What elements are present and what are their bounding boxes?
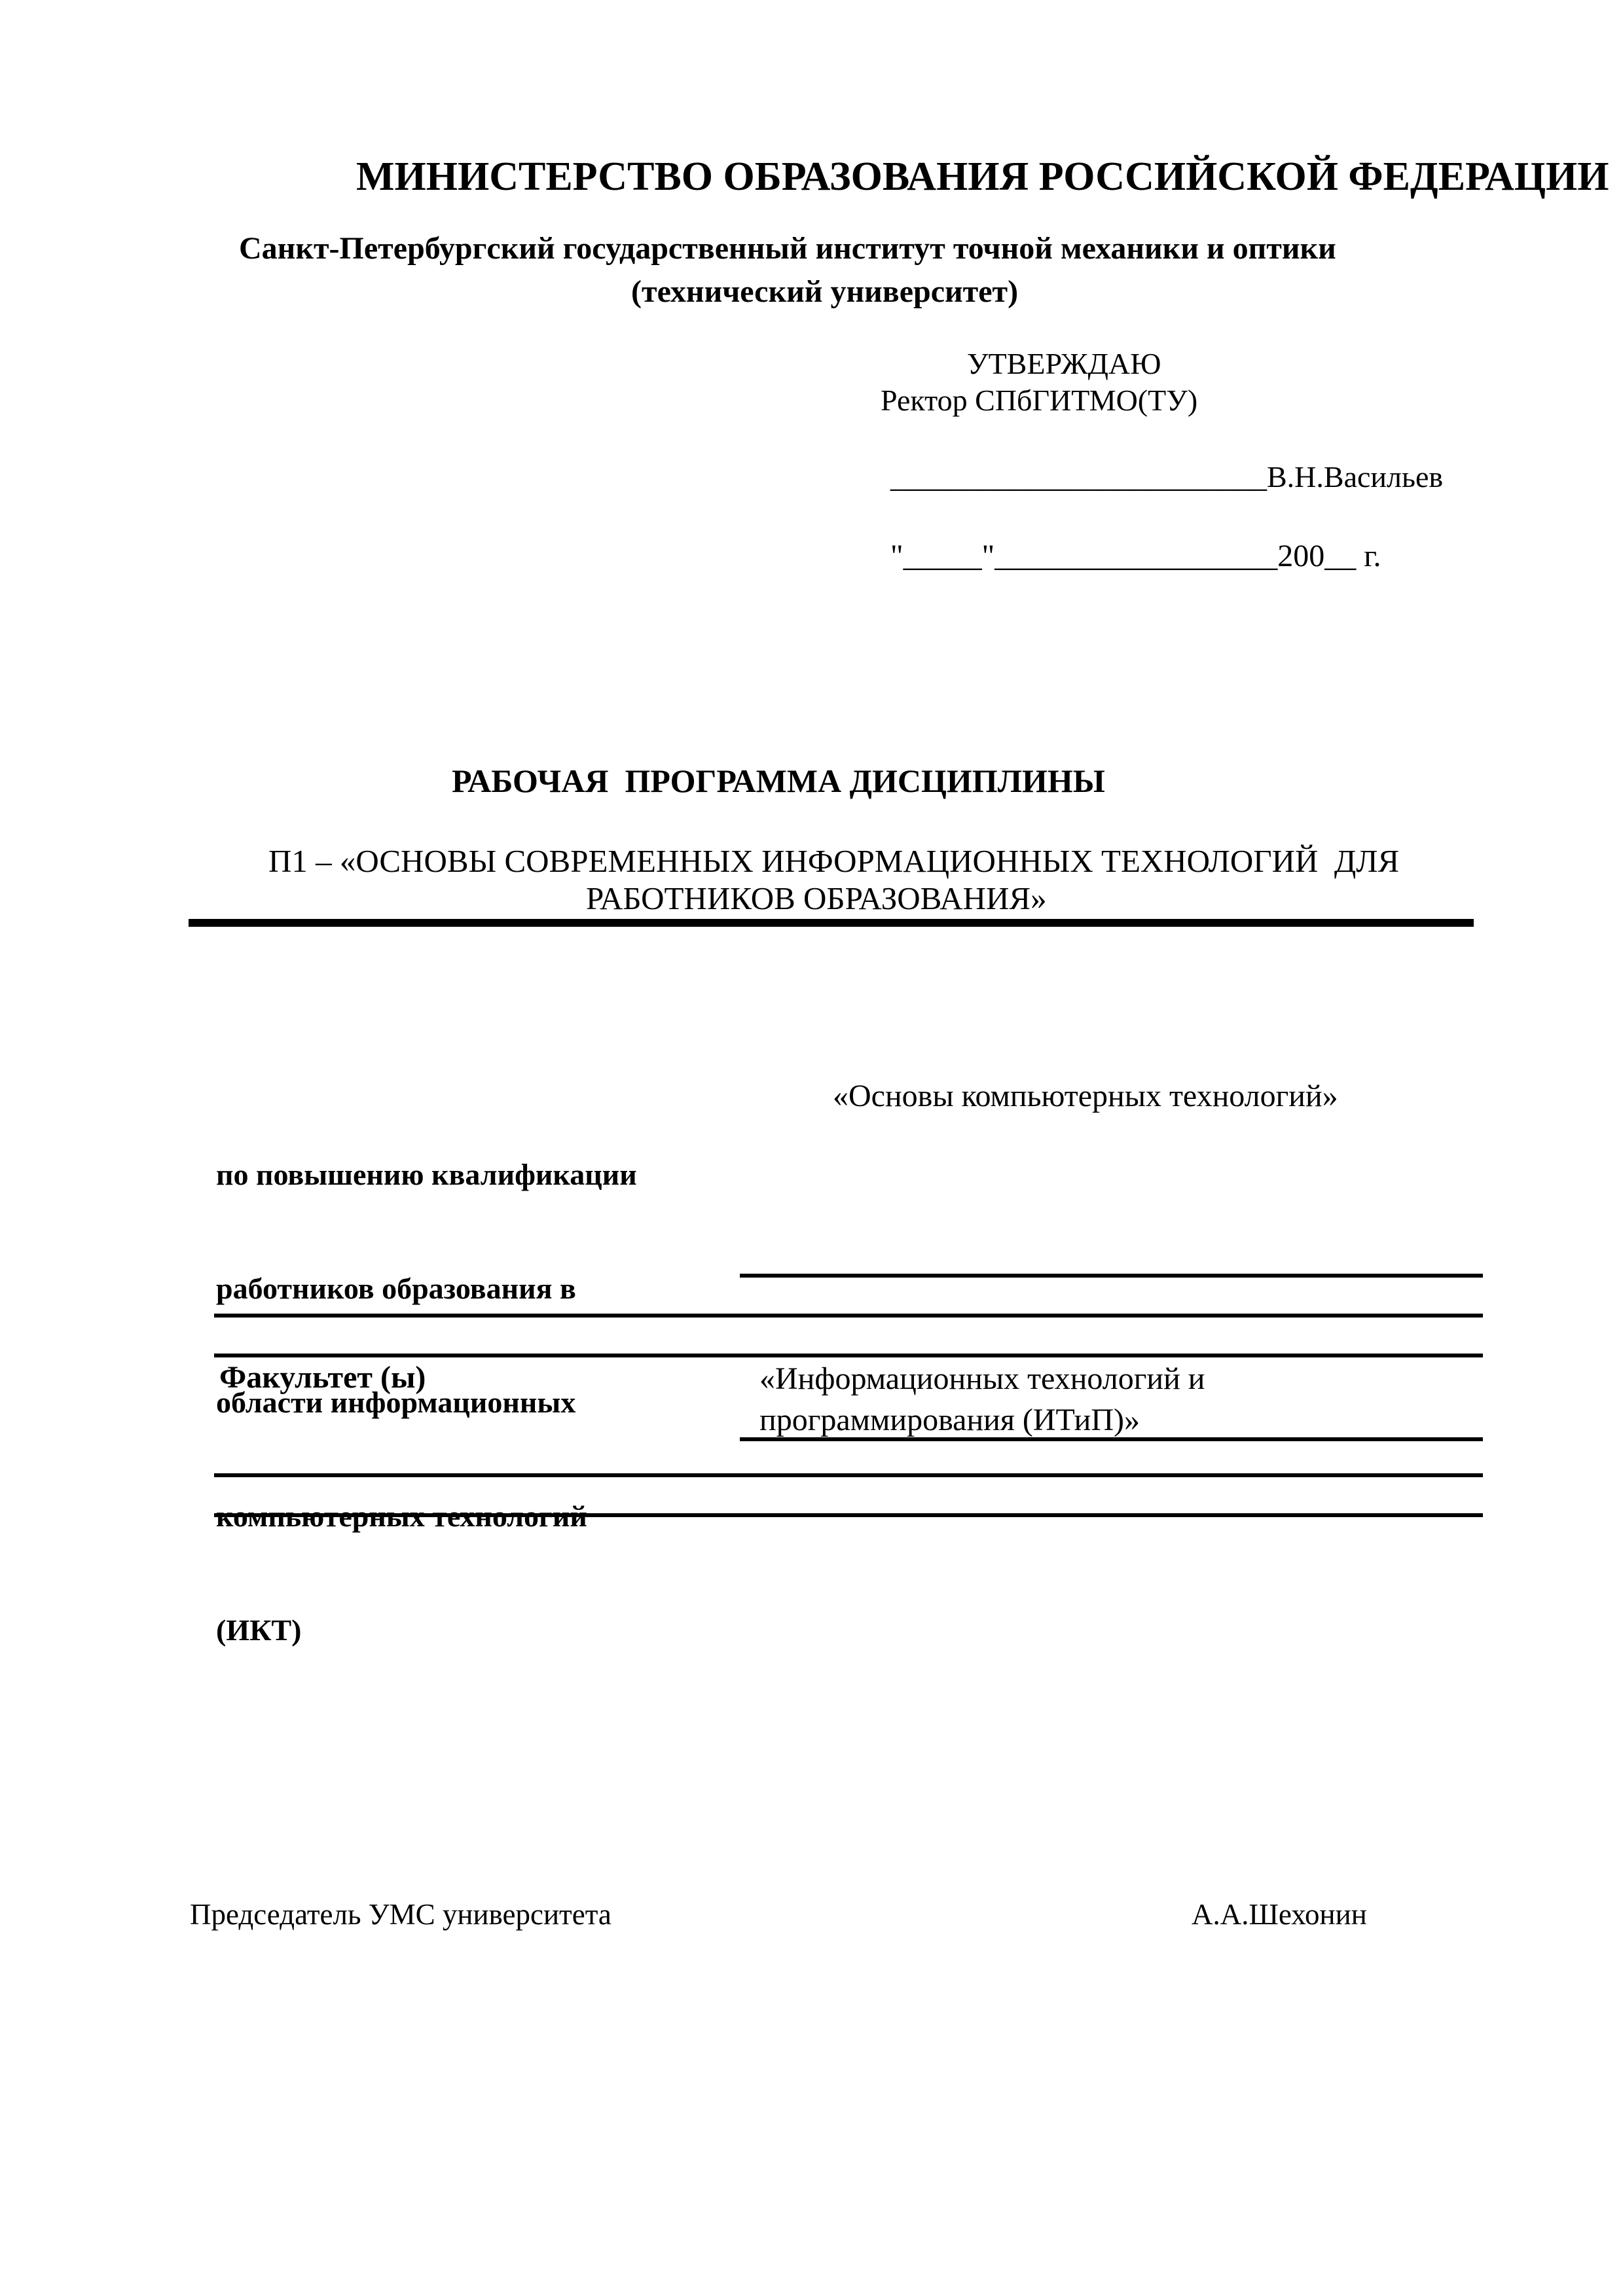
program-type-line: работников образования в bbox=[216, 1270, 637, 1308]
faculty-value-underline bbox=[740, 1437, 1483, 1441]
chairman-label: Председатель УМС университета bbox=[190, 1898, 611, 1932]
ministry-header: МИНИСТЕРСТВО ОБРАЗОВАНИЯ РОССИЙСКОЙ ФЕДЕ… bbox=[356, 154, 1609, 200]
program-type-label: по повышению квалификации работников обр… bbox=[216, 1080, 637, 1725]
discipline-title-line2: РАБОТНИКОВ ОБРАЗОВАНИЯ» bbox=[586, 880, 1047, 917]
rector-label: Ректор СПбГИТМО(ТУ) bbox=[881, 384, 1197, 418]
approval-date-row: "_____"__________________200__ г. bbox=[890, 538, 1381, 574]
program-type-line: (ИКТ) bbox=[216, 1611, 637, 1649]
section-divider-2 bbox=[214, 1354, 1483, 1357]
faculty-value-line1: «Информационных технологий и bbox=[759, 1361, 1205, 1397]
course-name-underline bbox=[740, 1274, 1483, 1278]
approval-label: УТВЕРЖДАЮ bbox=[967, 347, 1161, 382]
section-divider-4 bbox=[214, 1513, 1483, 1517]
approval-date-year: 200__ г. bbox=[1277, 539, 1381, 573]
program-type-line: по повышению квалификации bbox=[216, 1156, 637, 1194]
rector-signature-line: _________________________ bbox=[890, 460, 1267, 493]
section-divider-3 bbox=[214, 1473, 1483, 1477]
institute-type: (технический университет) bbox=[631, 274, 1018, 310]
rector-name: В.Н.Васильев bbox=[1267, 460, 1443, 493]
faculty-value-line2: программирования (ИТиП)» bbox=[759, 1402, 1140, 1438]
course-name-value: «Основы компьютерных технологий» bbox=[833, 1078, 1338, 1114]
rector-signature-row: _________________________В.Н.Васильев bbox=[890, 460, 1443, 495]
chairman-name: А.А.Шехонин bbox=[1192, 1898, 1367, 1932]
title-divider-rule bbox=[189, 919, 1474, 927]
program-title: РАБОЧАЯ ПРОГРАММА ДИСЦИПЛИНЫ bbox=[452, 762, 1105, 800]
institute-name: Санкт-Петербургский государственный инст… bbox=[239, 230, 1336, 266]
faculty-label: Факультет (ы) bbox=[219, 1359, 426, 1395]
document-page: МИНИСТЕРСТВО ОБРАЗОВАНИЯ РОССИЙСКОЙ ФЕДЕ… bbox=[0, 0, 1623, 2296]
approval-date-blank: "_____"__________________ bbox=[890, 539, 1277, 573]
discipline-title-line1: П1 – «ОСНОВЫ СОВРЕМЕННЫХ ИНФОРМАЦИОННЫХ … bbox=[268, 843, 1399, 880]
section-divider-1 bbox=[214, 1314, 1483, 1318]
